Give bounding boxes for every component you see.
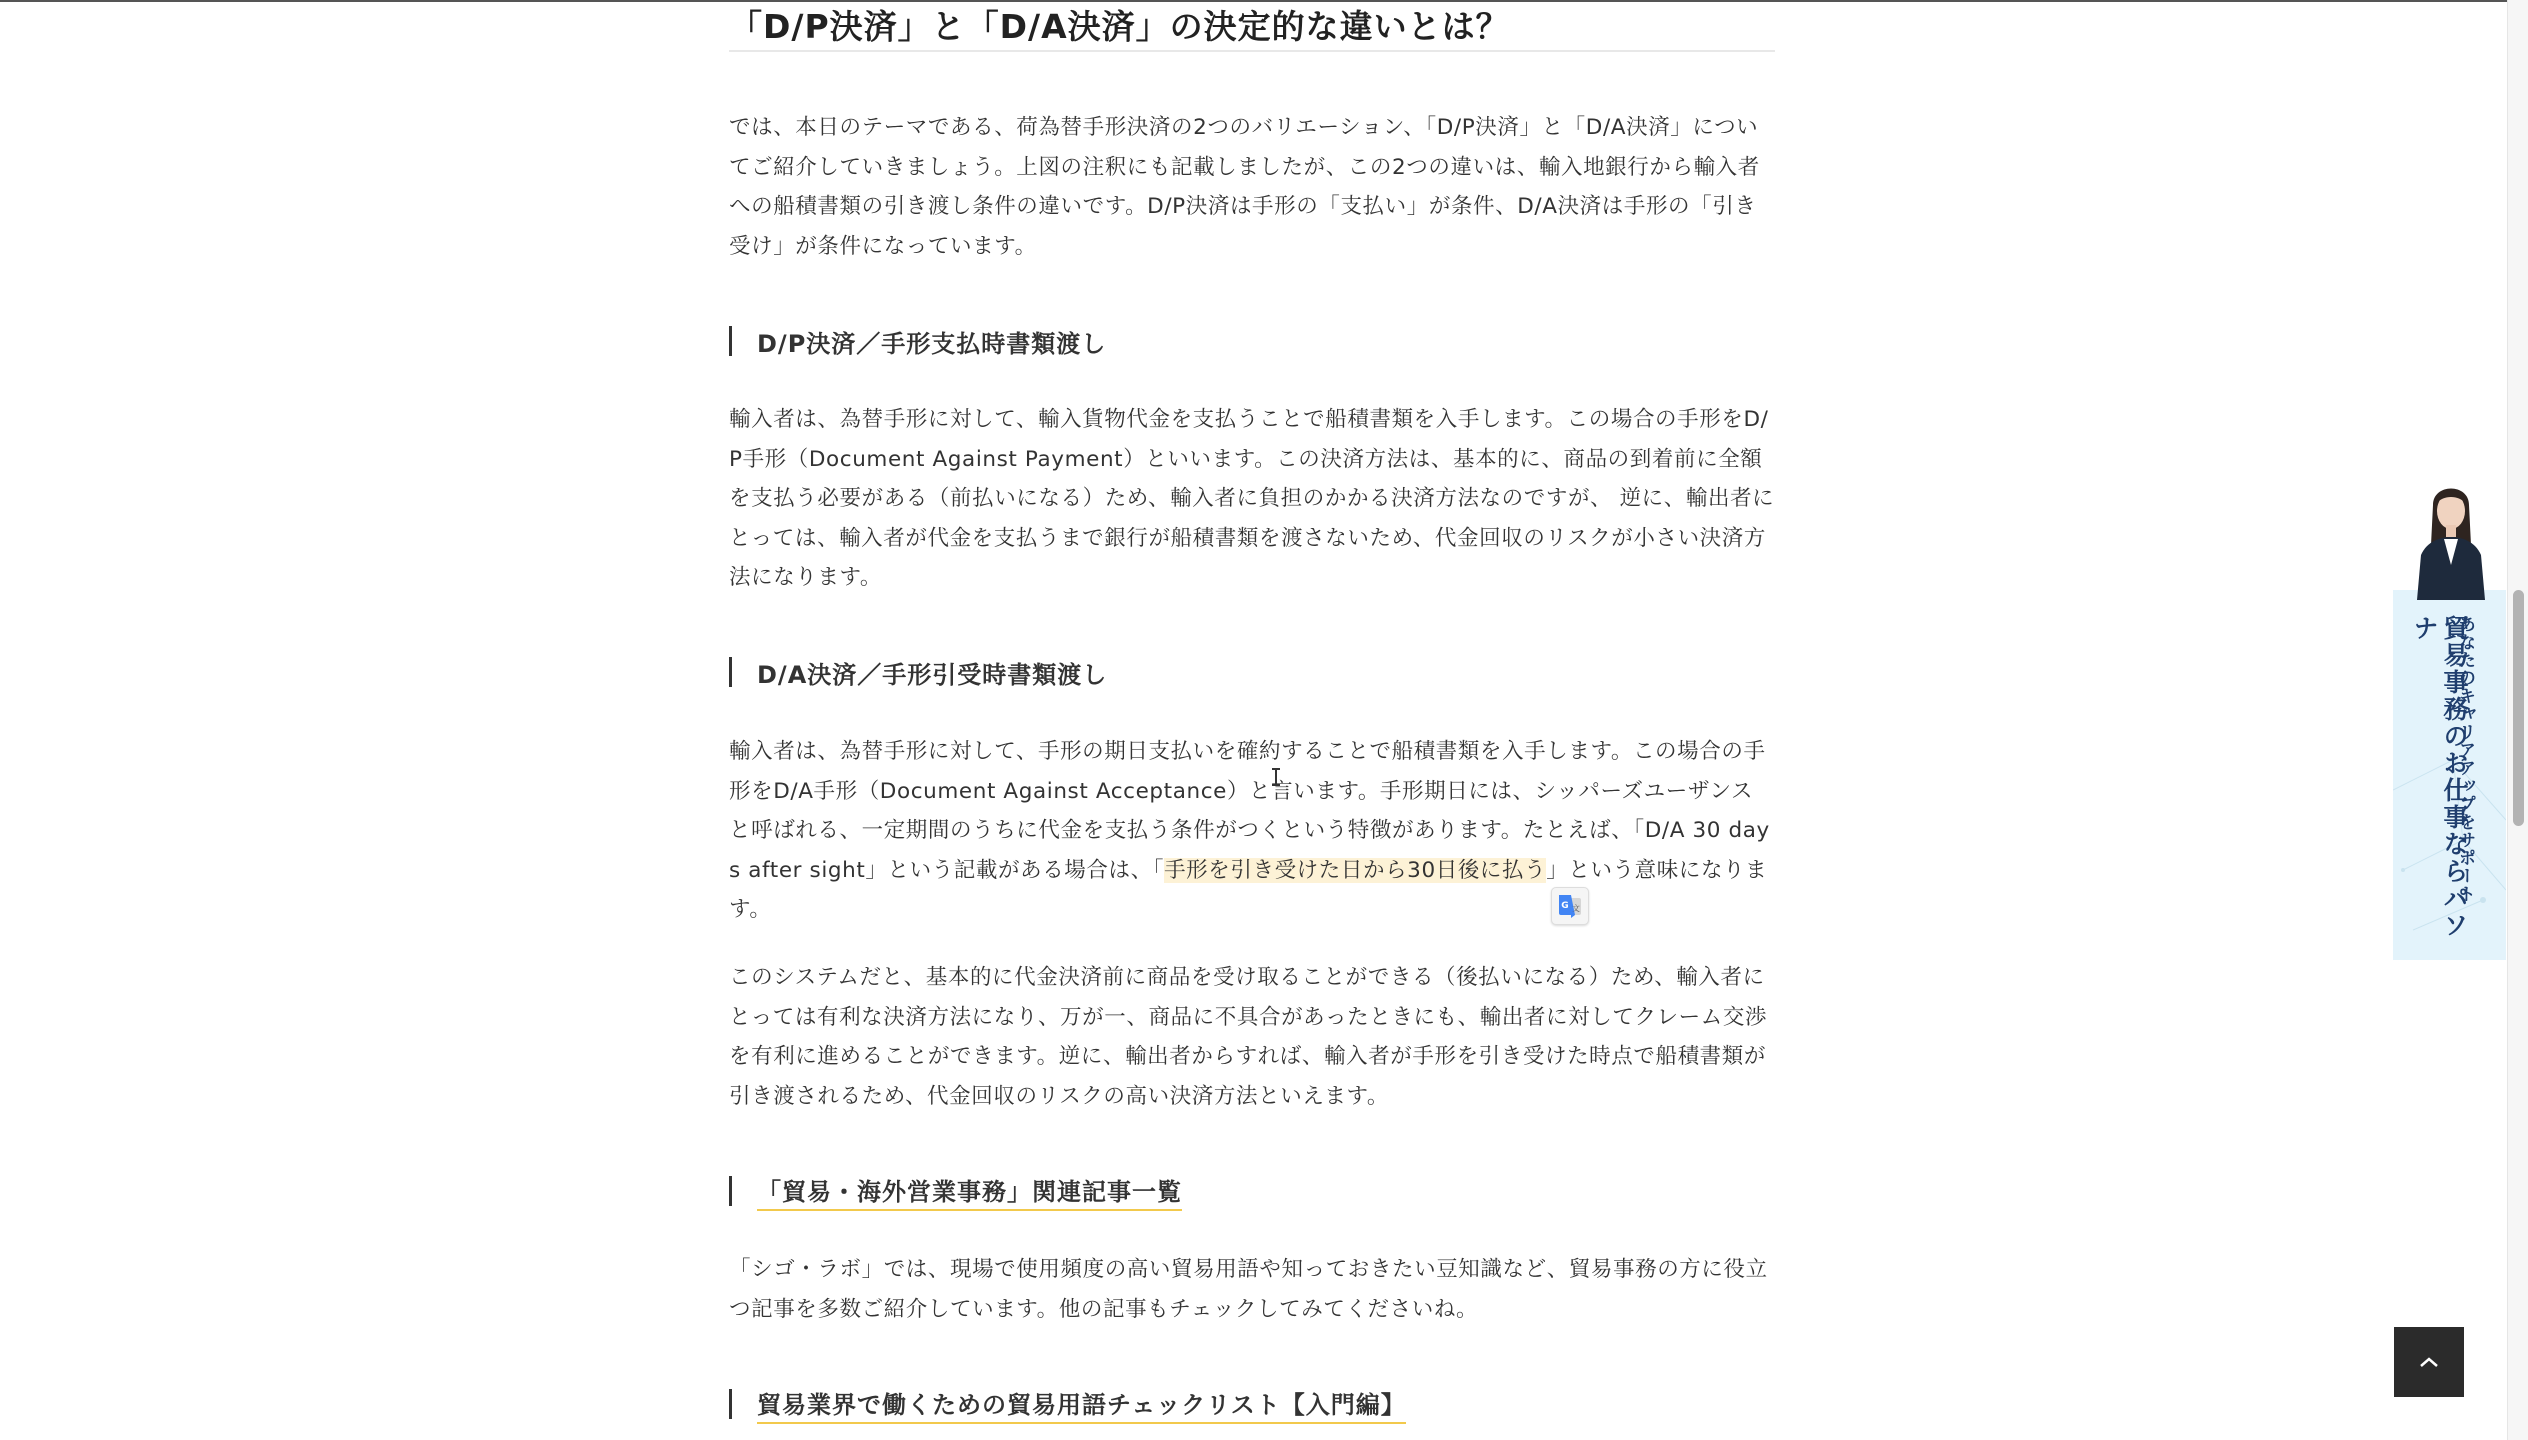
pasona-career-banner[interactable]: 貿易事務のお仕事ならパソナ あなたのキャリアアップをサポート: [2393, 475, 2506, 960]
businesswoman-photo: [2411, 475, 2491, 600]
chevron-up-icon: [2418, 1355, 2440, 1369]
heading-bar: [729, 1389, 732, 1419]
da-paragraph-2: このシステムだと、基本的に代金決済前に商品を受け取ることができる（後払いになる）…: [729, 958, 1775, 1116]
page-scrollbar[interactable]: [2507, 0, 2528, 1440]
google-translate-button[interactable]: G 文: [1551, 887, 1589, 925]
heading-label: D/P決済／手形支払時書類渡し: [757, 324, 1106, 359]
heading-bar: [729, 657, 732, 687]
intro-paragraph: では、本日のテーマである、荷為替手形決済の2つのバリエーション、「D/P決済」と…: [729, 108, 1775, 266]
heading-related-articles[interactable]: 「貿易・海外営業事務」関連記事一覧: [729, 1175, 1182, 1207]
da-paragraph: 輸入者は、為替手形に対して、手形の期日支払いを確約することで船積書類を入手します…: [729, 732, 1775, 930]
google-translate-icon: G 文: [1557, 893, 1583, 919]
back-to-top-button[interactable]: [2394, 1327, 2464, 1397]
svg-text:文: 文: [1572, 903, 1580, 913]
related-articles-link[interactable]: 「貿易・海外営業事務」関連記事一覧: [757, 1172, 1182, 1211]
text-cursor-icon: [1275, 768, 1277, 786]
heading-da-settlement: D/A決済／手形引受時書類渡し: [729, 656, 1107, 688]
heading-bar: [729, 326, 732, 356]
heading-bar: [729, 1176, 732, 1206]
dp-paragraph: 輸入者は、為替手形に対して、輸入貨物代金を支払うことで船積書類を入手します。この…: [729, 400, 1775, 598]
section-heading-clipped: 「D/P決済」と「D/A決済」の決定的な違いとは？: [729, 1, 1510, 48]
scrollbar-thumb[interactable]: [2513, 590, 2524, 826]
heading-divider: [729, 50, 1775, 52]
heading-trade-terms-checklist[interactable]: 貿易業界で働くための貿易用語チェックリスト【入門編】: [729, 1388, 1406, 1420]
heading-label: D/A決済／手形引受時書類渡し: [757, 655, 1107, 690]
highlighted-text[interactable]: 手形を引き受けた日から30日後に払う: [1164, 858, 1546, 883]
svg-text:G: G: [1561, 901, 1568, 911]
trade-terms-checklist-link[interactable]: 貿易業界で働くための貿易用語チェックリスト【入門編】: [757, 1385, 1406, 1424]
banner-sub-text: あなたのキャリアアップをサポート: [2453, 615, 2477, 903]
related-paragraph: 「シゴ・ラボ」では、現場で使用頻度の高い貿易用語や知っておきたい豆知識など、貿易…: [729, 1250, 1775, 1329]
heading-dp-settlement: D/P決済／手形支払時書類渡し: [729, 325, 1106, 357]
